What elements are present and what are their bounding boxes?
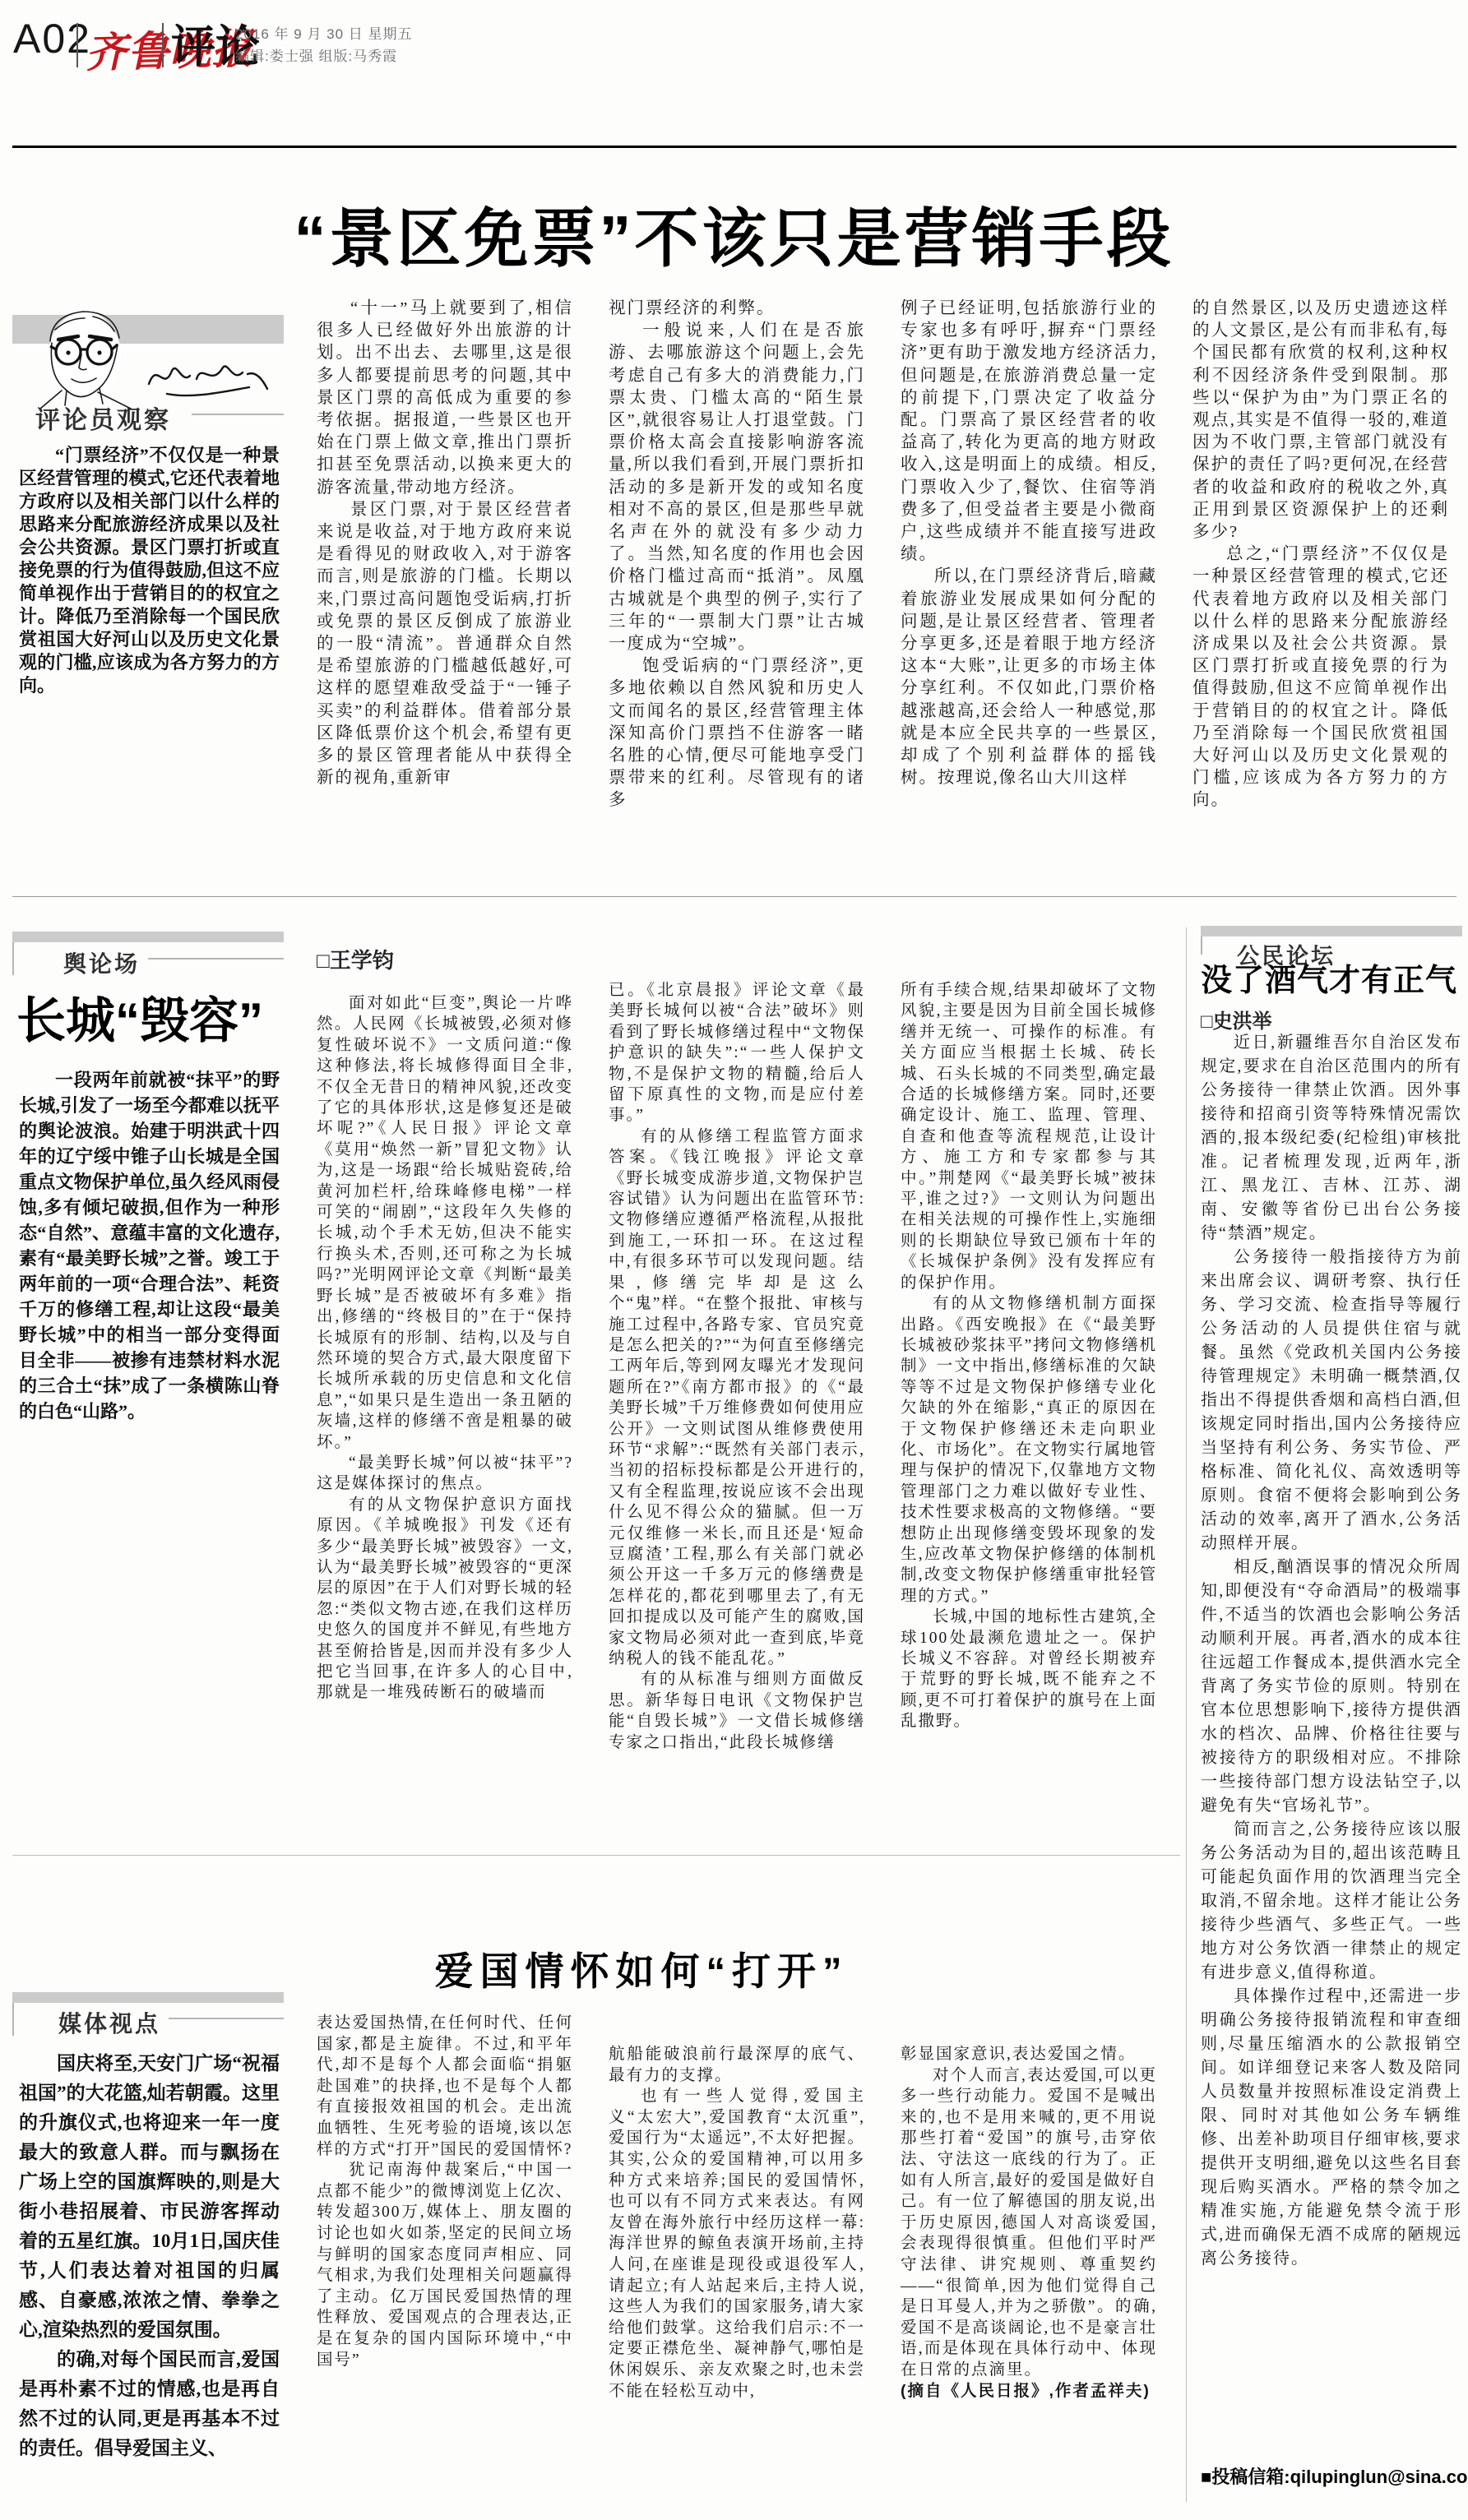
paragraph: 犹记南海仲裁案后,“中国一点都不能少”的微博浏览上亿次、转发超300万,媒体上、…	[317, 2160, 573, 2370]
paragraph: 面对如此“巨变”,舆论一片哗然。人民网《长城被毁,必须对修复性破坏说不》一文质问…	[317, 993, 573, 1453]
patriot-article-column-3: 彰显国家意识,表达爱国之情。对个人而言,表达爱国,可以更多一些行动能力。爱国不是…	[901, 2044, 1157, 2518]
paragraph: 表达爱国热情,在任何时代、任何国家,都是主旋律。不过,和平年代,却不是每个人都会…	[317, 2013, 573, 2160]
kicker-vline	[12, 2003, 14, 2036]
paragraph: 航船能破浪前行最深厚的底气、最有力的支撑。	[609, 2044, 865, 2086]
kicker-line	[169, 2018, 284, 2019]
paragraph: 彰显国家意识,表达爱国之情。	[901, 2044, 1157, 2065]
paragraph: 所有手续合规,结果却破坏了文物风貌,主要是因为目前全国长城修缮并无统一、可操作的…	[901, 980, 1157, 1293]
paragraph: 一段两年前就被“抹平”的野长城,引发了一场至今都难以抚平的舆论波浪。始建于明洪武…	[19, 1067, 280, 1424]
paragraph: 景区门票,对于景区经营者来说是收益,对于地方政府来说是看得见的财政收入,对于游客…	[317, 499, 573, 790]
newspaper-page: A02 齐鲁晚报 评论 2016 年 9 月 30 日 星期五 编辑:娄士强 组…	[0, 0, 1468, 2520]
forum-article-headline: 没了酒气才有正气	[1201, 955, 1466, 1000]
top-article-intro: “门票经济”不仅仅是一种景区经营管理的模式,它还代表着地方政府以及相关部门以什么…	[19, 444, 280, 697]
paragraph: 也有一些人觉得,爱国主义“太宏大”,爱国教育“太沉重”,爱国行为“太遥远”,不太…	[609, 2086, 865, 2402]
paragraph: 一般说来,人们在是否旅游、去哪旅游这个问题上,会先考虑自己有多大的消费能力,门票…	[609, 320, 865, 655]
patriot-article-headline: 爱国情怀如何“打开”	[362, 1941, 921, 1996]
edition-number: A02	[13, 15, 91, 62]
paragraph: 所以,在门票经济背后,暗藏着旅游业发展成果如何分配的问题,是让景区经营者、管理者…	[901, 566, 1157, 789]
wall-article-intro: 一段两年前就被“抹平”的野长城,引发了一场至今都难以抚平的舆论波浪。始建于明洪武…	[19, 1067, 280, 1424]
signature-handwriting	[142, 356, 274, 405]
forum-article-byline: □史洪举	[1201, 1005, 1272, 1033]
section-label-commentator: 评论员观察	[35, 400, 171, 436]
main-headline: “景区免票”不该只是营销手段	[99, 187, 1369, 280]
paragraph: 对个人而言,表达爱国,可以更多一些行动能力。爱国不是喊出来的,也不是用来喊的,更…	[901, 2065, 1157, 2381]
publish-date: 2016 年 9 月 30 日 星期五	[235, 23, 413, 45]
patriot-article-column-1: 表达爱国热情,在任何时代、任何国家,都是主旋律。不过,和平年代,却不是每个人都会…	[317, 2013, 573, 2518]
paragraph: 长城,中国的地标性古建筑,全球100处最濒危遗址之一。保护长城义不容辞。对曾经长…	[901, 1607, 1157, 1732]
submission-mailbox: ■投稿信箱:qilupinglun@sina.com	[1201, 2463, 1466, 2489]
paragraph: 的自然景区,以及历史遗迹这样的人文景区,是公有而非私有,每个国民都有欣赏的权利,…	[1192, 298, 1449, 543]
patriot-article-intro: 国庆将至,天安门广场“祝福祖国”的大花篮,灿若朝霞。这里的升旗仪式,也将迎来一年…	[19, 2049, 280, 2463]
wall-article-byline: □王学钧	[317, 944, 394, 974]
band-divider-rule	[12, 896, 1456, 897]
paragraph: 简而言之,公务接待应该以服务公务活动为目的,超出该范畴且可能起负面作用的饮酒理当…	[1201, 1818, 1462, 1985]
patriot-article-column-2: 航船能破浪前行最深厚的底气、最有力的支撑。也有一些人觉得,爱国主义“太宏大”,爱…	[609, 2044, 865, 2518]
wall-article-column-1: 面对如此“巨变”,舆论一片哗然。人民网《长城被毁,必须对修复性破坏说不》一文质问…	[317, 993, 573, 1825]
paragraph: “门票经济”不仅仅是一种景区经营管理的模式,它还代表着地方政府以及相关部门以什么…	[19, 444, 280, 697]
paragraph: 有的从文物保护意识方面找原因。《羊城晚报》刊发《还有多少“最美野长城”被毁容》一…	[317, 1495, 573, 1704]
top-article-column-1: “十一”马上就要到了,相信很多人已经做好外出旅游的计划。出不出去、去哪里,这是很…	[317, 298, 573, 883]
masthead-divider	[76, 23, 78, 67]
bottom-band-rule	[12, 1855, 1180, 1856]
commentator-kicker-box: 评论员观察	[12, 315, 284, 430]
kicker-vline	[1201, 936, 1202, 955]
paragraph: 例子已经证明,包括旅游行业的专家也多有呼吁,摒弃“门票经济”更有助于激发地方经济…	[901, 298, 1157, 566]
right-rail-divider	[1186, 927, 1187, 2502]
paragraph: 总之,“门票经济”不仅仅是一种景区经营管理的模式,它还代表着地方政府以及相关部门…	[1192, 543, 1449, 811]
paragraph: 饱受诟病的“门票经济”,更多地依赖以自然风貌和历史人文而闻名的景区,经营管理主体…	[609, 655, 865, 811]
paragraph: “十一”马上就要到了,相信很多人已经做好外出旅游的计划。出不出去、去哪里,这是很…	[317, 298, 573, 499]
kicker-vline	[12, 942, 14, 975]
paragraph: 有的从修缮工程监管方面求答案。《钱江晚报》评论文章《野长城变成游步道,文物保护岂…	[609, 1126, 865, 1670]
paragraph: 有的从文物修缮机制方面探出路。《西安晚报》在《“最美野长城被砂浆抹平”拷问文物修…	[901, 1293, 1157, 1607]
forum-article-body: 近日,新疆维吾尔自治区发布规定,要求在自治区范围内的所有公务接待一律禁止饮酒。因…	[1201, 1031, 1462, 2463]
top-article-column-2: 视门票经济的利弊。一般说来,人们在是否旅游、去哪旅游这个问题上,会先考虑自己有多…	[609, 298, 865, 883]
masthead-rule	[12, 146, 1456, 148]
masthead-dateline: 2016 年 9 月 30 日 星期五 编辑:娄士强 组版:马秀霞	[235, 23, 413, 67]
editors-line: 编辑:娄士强 组版:马秀霞	[235, 45, 413, 67]
paragraph: 相反,酗酒误事的情况众所周知,即便没有“夺命酒局”的极端事件,不适当的饮酒也会影…	[1201, 1556, 1462, 1818]
paragraph: “最美野长城”何以被“抹平”?这是媒体探讨的焦点。	[317, 1453, 573, 1495]
wall-article-column-2: 已。《北京晨报》评论文章《最美野长城何以被“合法”破坏》则看到了野长城修缮过程中…	[609, 980, 865, 1825]
paragraph: 的确,对每个国民而言,爱国是再朴素不过的情感,也是再自然不过的认同,更是再基本不…	[19, 2345, 280, 2463]
media-view-kicker-box: 媒体视点	[12, 1992, 284, 2037]
paragraph: 具体操作过程中,还需进一步明确公务接待报销流程和审查细则,尽量压缩酒水的公款报销…	[1201, 1985, 1462, 2271]
citizen-forum-kicker-box: 公民论坛	[1201, 926, 1462, 959]
section-label-opinion-field: 舆论场	[63, 946, 140, 979]
wall-article-column-3: 所有手续合规,结果却破坏了文物风貌,主要是因为目前全国长城修缮并无统一、可操作的…	[901, 980, 1157, 1825]
masthead-divider	[162, 23, 164, 67]
top-article-column-4: 的自然景区,以及历史遗迹这样的人文景区,是公有而非私有,每个国民都有欣赏的权利,…	[1192, 298, 1449, 883]
kicker-bar	[12, 1992, 284, 2003]
kicker-line	[148, 958, 284, 959]
paragraph: 已。《北京晨报》评论文章《最美野长城何以被“合法”破坏》则看到了野长城修缮过程中…	[609, 980, 865, 1126]
paragraph: (摘自《人民日报》,作者孟祥夫)	[901, 2381, 1157, 2402]
paragraph: 国庆将至,天安门广场“祝福祖国”的大花篮,灿若朝霞。这里的升旗仪式,也将迎来一年…	[19, 2049, 280, 2345]
paragraph: 近日,新疆维吾尔自治区发布规定,要求在自治区范围内的所有公务接待一律禁止饮酒。因…	[1201, 1031, 1462, 1246]
top-article-column-3: 例子已经证明,包括旅游行业的专家也多有呼吁,摒弃“门票经济”更有助于激发地方经济…	[901, 298, 1157, 883]
section-label-media-view: 媒体视点	[58, 2006, 160, 2039]
opinion-field-kicker-box: 舆论场	[12, 932, 284, 977]
kicker-line	[192, 414, 284, 415]
wall-article-headline: 长城“毁容”	[16, 982, 284, 1052]
kicker-bar	[12, 932, 284, 942]
paragraph: 视门票经济的利弊。	[609, 298, 865, 320]
paragraph: 有的从标准与细则方面做反思。新华每日电讯《文物保护岂能“自毁长城”》一文借长城修…	[609, 1669, 865, 1753]
paragraph: 公务接待一般指接待方为前来出席会议、调研考察、执行任务、学习交流、检查指导等履行…	[1201, 1246, 1462, 1556]
commentator-caricature	[35, 305, 136, 410]
kicker-bar	[1201, 926, 1462, 936]
